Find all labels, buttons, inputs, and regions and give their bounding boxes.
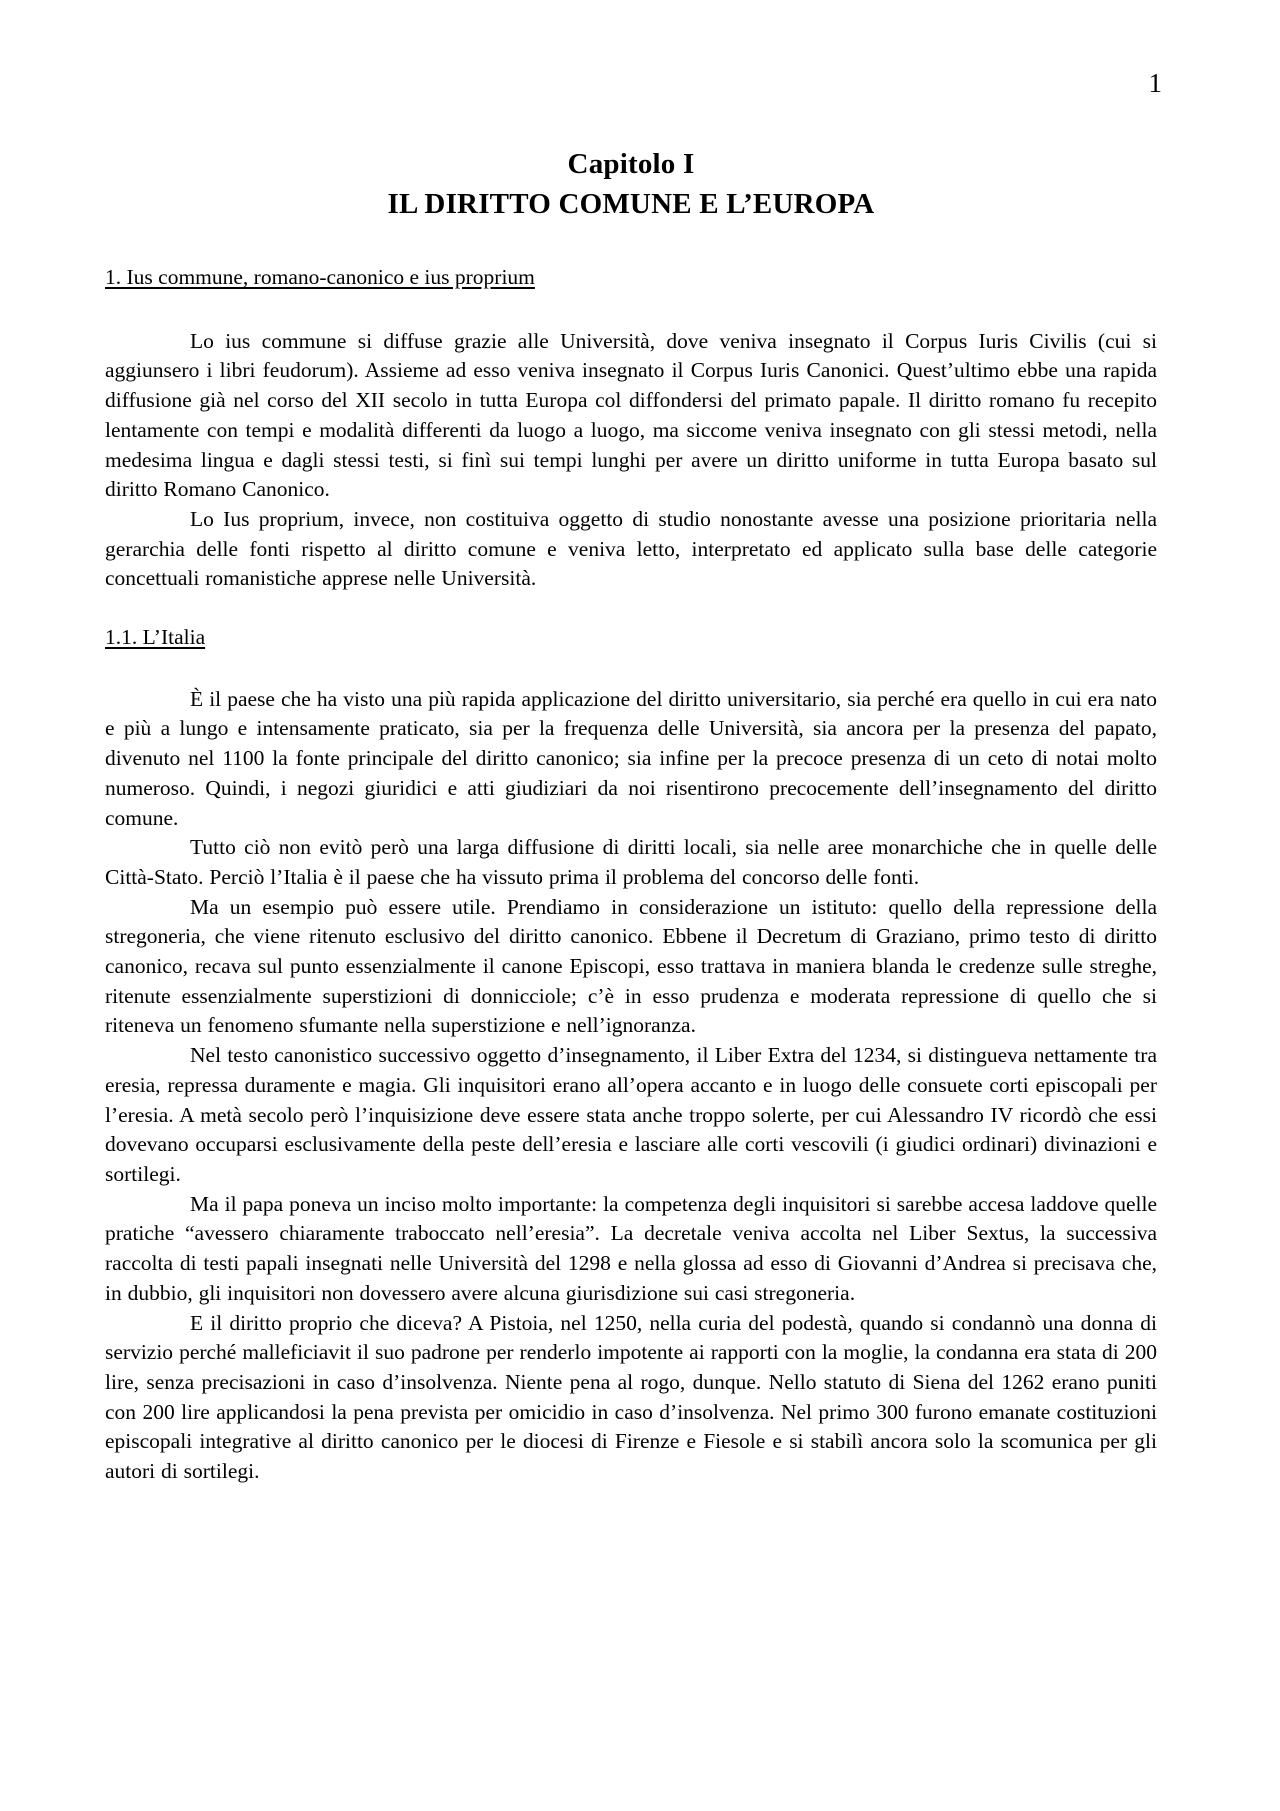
paragraph: Ma un esempio può essere utile. Prendiam… xyxy=(105,893,1157,1042)
chapter-title-line1: Capitolo I xyxy=(105,144,1157,184)
paragraph: Ma il papa poneva un inciso molto import… xyxy=(105,1190,1157,1309)
paragraph: Tutto ciò non evitò però una larga diffu… xyxy=(105,833,1157,892)
section-heading-1-1: 1.1. L’Italia xyxy=(105,623,1157,653)
paragraph: Lo Ius proprium, invece, non costituiva … xyxy=(105,505,1157,594)
paragraph: Nel testo canonistico successivo oggetto… xyxy=(105,1041,1157,1190)
chapter-title-line2: IL DIRITTO COMUNE E L’EUROPA xyxy=(105,184,1157,224)
chapter-title: Capitolo I IL DIRITTO COMUNE E L’EUROPA xyxy=(105,144,1157,224)
document-page: 1 Capitolo I IL DIRITTO COMUNE E L’EUROP… xyxy=(0,0,1280,1811)
paragraph: E il diritto proprio che diceva? A Pisto… xyxy=(105,1309,1157,1487)
section-heading-1: 1. Ius commune, romano-canonico e ius pr… xyxy=(105,263,1157,293)
text-block: Capitolo I IL DIRITTO COMUNE E L’EUROPA … xyxy=(105,144,1157,1487)
paragraph: Lo ius commune si diffuse grazie alle Un… xyxy=(105,327,1157,505)
paragraph: È il paese che ha visto una più rapida a… xyxy=(105,685,1157,834)
page-number: 1 xyxy=(1149,70,1163,97)
